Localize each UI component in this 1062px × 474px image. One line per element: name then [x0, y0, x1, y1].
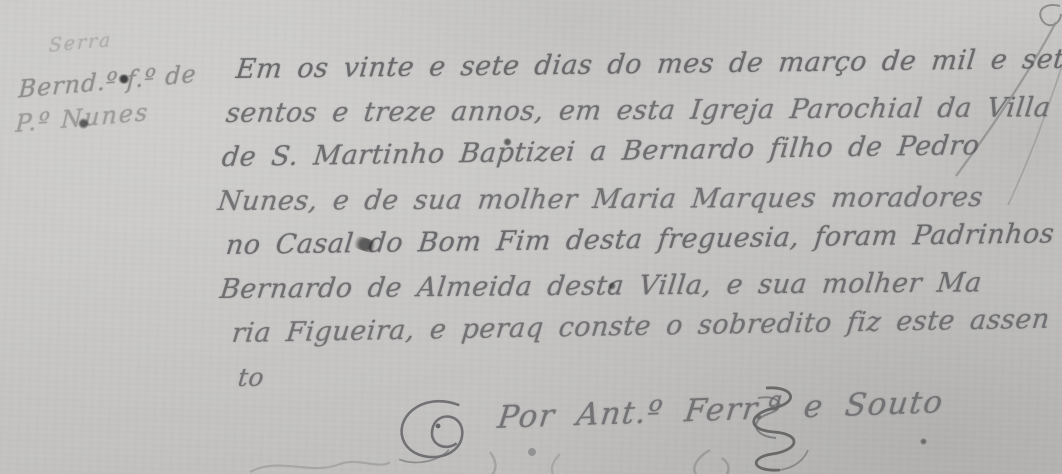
ghost-strokes-icon [240, 442, 860, 474]
ink-blot [118, 74, 130, 84]
ink-blot [78, 118, 89, 129]
record-line: Em os vinte e sete dias do mes de março … [234, 38, 1055, 92]
manuscript-page: Serra Bernd.º f.º de P.º Nunes Em os vin… [0, 0, 1062, 474]
record-body: Em os vinte e sete dias do mes de março … [232, 48, 1052, 400]
ink-blot [608, 282, 616, 290]
margin-note-line: Serra [48, 19, 229, 57]
ink-blot [920, 438, 927, 445]
ink-blot [503, 138, 512, 146]
